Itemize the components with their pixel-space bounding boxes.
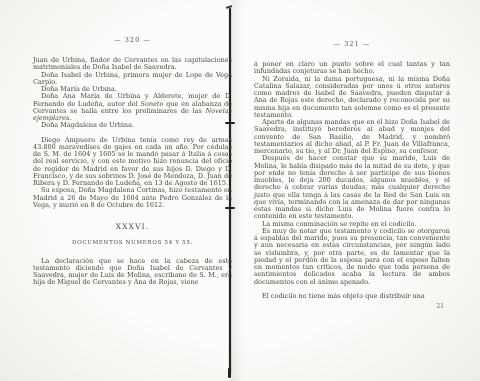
left-paragraph-juan-de-urbina: Juan de Urbina, fiador de Cervantes en l… (33, 57, 232, 72)
gutter-shadow (231, 0, 247, 381)
right-paragraph-es-muy-de-notar: Es muy de notar que testamento y codicil… (254, 228, 450, 286)
left-page-number: — 320 — (33, 36, 232, 44)
right-paragraph-ni-zoraida: Ni Zoraida, ni la dama portuguesa, ni la… (254, 76, 450, 120)
crease-bottom-nub (228, 368, 231, 378)
left-paragraph-la-declaracion: La declaración que se hace en la cabeza … (33, 258, 232, 287)
left-paragraph-magdalena-de-urbina: Doña Magdalena de Urbina. (33, 122, 232, 129)
right-paragraph-despues: Después de hacer constar que su marido, … (254, 155, 450, 220)
chapter-heading-xxxvi: XXXVI. (33, 223, 232, 230)
right-page: — 321 — á poner en claro un punto sobre … (254, 40, 450, 310)
left-paragraph-ana-maria-de-urbina: Doña Ana María de Urbina y Alderete, muj… (33, 93, 232, 122)
left-page-text: Juan de Urbina, fiador de Cervantes en l… (33, 57, 232, 287)
right-page-text: á poner en claro un punto sobre el cual … (254, 61, 450, 300)
right-page-number: — 321 — (254, 40, 450, 48)
left-page: — 320 — Juan de Urbina, fiador de Cervan… (33, 36, 232, 287)
doc-heading-documentos: DOCUMENTOS NÚMEROS 54 Y 55. (33, 240, 232, 247)
left-paragraph-su-esposa: Su esposa, Doña Magdalena Cortinas, hizo… (33, 187, 232, 209)
right-paragraph-a-poner: á poner en claro un punto sobre el cual … (254, 61, 450, 76)
left-paragraph-isabel-de-urbina: Doña Isabel de Urbina, primera mujer de … (33, 72, 232, 87)
right-paragraph-el-codicilo: El codicilo no tiene más objeto que dist… (254, 293, 450, 300)
right-paragraph-aparte: Aparte de algunas mandas que en él hizo … (254, 119, 450, 155)
scanned-book-spread: — 320 — Juan de Urbina, fiador de Cervan… (0, 0, 480, 381)
left-paragraph-diego-ampuero: Diego Ampuero de Urbina tenía como rey d… (33, 137, 232, 188)
signature-mark: 21 (254, 303, 450, 310)
